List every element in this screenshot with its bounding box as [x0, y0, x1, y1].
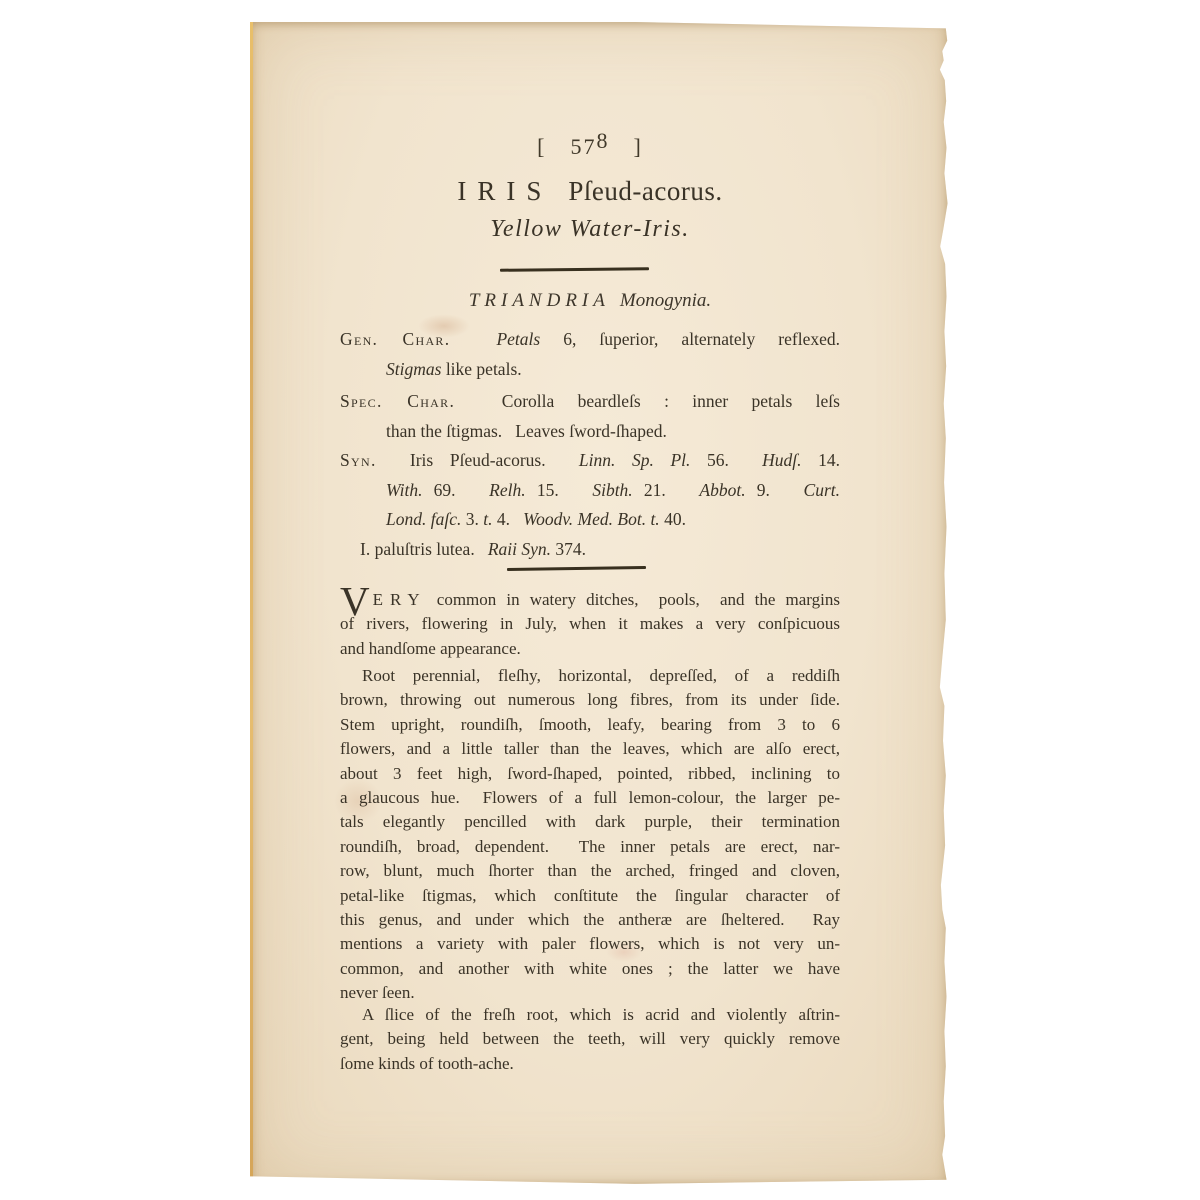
text-run: 3. [461, 509, 483, 529]
text-run: Woodv. Med. Bot. t. [523, 509, 660, 529]
text-line: common, and another with white ones ; th… [340, 957, 840, 981]
text-line: Stem upright, roundiſh, ſmooth, leafy, b… [340, 713, 840, 737]
text-line: and handſome appearance. [340, 637, 840, 661]
text-run: 4. [492, 509, 523, 529]
text-run: of rivers, flowering in July, when it ma… [340, 614, 840, 633]
text-run: 69. [422, 480, 489, 500]
text-run: Curt. [804, 480, 840, 500]
specific-character-section: Spec. Char. Corolla beardleſs : inner pe… [340, 387, 840, 446]
text-run: 374. [551, 539, 586, 559]
body-paragraph-habitat: VERY common in watery ditches, pools, an… [340, 588, 840, 661]
text-run: about 3 feet high, ſword-ſhaped, pointed… [340, 764, 840, 783]
text-column: [578] IRISPſeud-acorus. Yellow Water-Iri… [340, 22, 840, 1185]
text-line: this genus, and under which the antheræ … [340, 908, 840, 932]
text-run: 6, ſuperior, alternately reflexed. [540, 329, 840, 349]
text-run: Linn. Sp. Pl. [579, 450, 691, 470]
text-line: mentions a variety with paler flowers, w… [340, 932, 840, 956]
text-run: Hudſ. [762, 450, 801, 470]
text-line: gent, being held between the teeth, will… [340, 1027, 840, 1051]
text-line: Root perennial, fleſhy, horizontal, depr… [340, 664, 840, 688]
bracket-open: [ [537, 134, 546, 159]
text-line: petal-like ſtigmas, which conſtitute the… [340, 884, 840, 908]
text-line: Gen. Char. Petals 6, ſuperior, alternate… [340, 325, 840, 355]
text-line: a glaucous hue. Flowers of a full lemon-… [340, 786, 840, 810]
generic-character-section: Gen. Char. Petals 6, ſuperior, alternate… [340, 325, 840, 384]
text-run: than the ſtigmas. Leaves ſword-ſhaped. [386, 421, 667, 441]
text-line: Lond. faſc. 3. t. 4. Woodv. Med. Bot. t.… [340, 505, 840, 535]
text-line: tals elegantly pencilled with dark purpl… [340, 810, 840, 834]
divider-rule [507, 566, 646, 571]
text-run: 21. [633, 480, 700, 500]
text-line: roundiſh, broad, dependent. The inner pe… [340, 835, 840, 859]
text-run: 14. [802, 450, 841, 470]
text-run: 15. [526, 480, 593, 500]
species-epithet: Pſeud-acorus. [568, 176, 722, 206]
text-run: I. paluſtris lutea. [360, 539, 488, 559]
scan-background: [578] IRISPſeud-acorus. Yellow Water-Iri… [0, 0, 1200, 1200]
taxonomy-line: TRIANDRIAMonogynia. [340, 290, 840, 312]
page-number: [578] [340, 134, 840, 160]
text-line: row, blunt, much ſhorter than the arched… [340, 859, 840, 883]
text-line: VERY common in watery ditches, pools, an… [340, 588, 840, 612]
text-run: never ſeen. [340, 983, 415, 1002]
text-run: this genus, and under which the antheræ … [340, 910, 840, 929]
text-line: flowers, and a little taller than the le… [340, 737, 840, 761]
text-run: 56. [690, 450, 762, 470]
text-run: Raii Syn. [488, 539, 551, 559]
species-title: IRISPſeud-acorus. [340, 176, 840, 207]
body-paragraph-description: Root perennial, fleſhy, horizontal, depr… [340, 664, 840, 1006]
text-line: I. paluſtris lutea. Raii Syn. 374. [340, 535, 840, 565]
text-line: With. 69. Relh. 15. Sibth. 21. Abbot. 9.… [340, 476, 840, 506]
text-run: roundiſh, broad, dependent. The inner pe… [340, 837, 840, 856]
synonyms-section: Syn. Iris Pſeud-acorus. Linn. Sp. Pl. 56… [340, 446, 840, 564]
text-run: row, blunt, much ſhorter than the arched… [340, 861, 840, 880]
divider-rule [500, 267, 649, 272]
text-run: common in watery ditches, pools, and the… [427, 590, 840, 609]
text-run: Lond. faſc. [386, 509, 461, 529]
text-run: Root perennial, fleſhy, horizontal, depr… [362, 666, 840, 685]
text-run: Corolla beardleſs : inner petals leſs [455, 391, 840, 411]
text-run: ERY [373, 590, 427, 609]
book-page: [578] IRISPſeud-acorus. Yellow Water-Iri… [250, 22, 950, 1185]
text-run: gent, being held between the teeth, will… [340, 1029, 840, 1048]
text-run: Spec. Char. [340, 391, 455, 411]
text-line: Syn. Iris Pſeud-acorus. Linn. Sp. Pl. 56… [340, 446, 840, 476]
text-run [450, 329, 496, 349]
bracket-close: ] [634, 134, 643, 159]
text-run: Gen. Char. [340, 329, 450, 349]
page-number-raised-digit: 8 [597, 128, 610, 153]
text-line: brown, throwing out numerous long fibres… [340, 688, 840, 712]
text-run: Syn. [340, 450, 377, 470]
text-run: petal-like ſtigmas, which conſtitute the… [340, 886, 840, 905]
text-run: ſome kinds of tooth-ache. [340, 1054, 514, 1073]
text-run: brown, throwing out numerous long fibres… [340, 690, 840, 709]
body-paragraph-medicinal: A ſlice of the freſh root, which is acri… [340, 1003, 840, 1076]
page-number-digits: 57 [571, 134, 597, 159]
text-run: Relh. [489, 480, 525, 500]
text-run: flowers, and a little taller than the le… [340, 739, 840, 758]
text-run: tals elegantly pencilled with dark purpl… [340, 812, 840, 831]
genus-name: IRIS [457, 176, 552, 206]
text-run: 40. [660, 509, 686, 529]
text-line: of rivers, flowering in July, when it ma… [340, 612, 840, 636]
text-line: A ſlice of the freſh root, which is acri… [340, 1003, 840, 1027]
text-run: Sibth. [592, 480, 632, 500]
text-run: Petals [496, 329, 540, 349]
text-line: Stigmas like petals. [340, 355, 840, 385]
text-run: mentions a variety with paler flowers, w… [340, 934, 840, 953]
common-name: Yellow Water-Iris. [340, 216, 840, 243]
text-run: Abbot. [699, 480, 745, 500]
text-run: a glaucous hue. Flowers of a full lemon-… [340, 788, 840, 807]
text-run: 9. [746, 480, 804, 500]
text-run: like petals. [441, 359, 521, 379]
text-run: Stem upright, roundiſh, ſmooth, leafy, b… [340, 715, 840, 734]
text-line: Spec. Char. Corolla beardleſs : inner pe… [340, 387, 840, 417]
text-line: about 3 feet high, ſword-ſhaped, pointed… [340, 762, 840, 786]
text-run: Stigmas [386, 359, 441, 379]
text-line: than the ſtigmas. Leaves ſword-ſhaped. [340, 417, 840, 447]
text-line: ſome kinds of tooth-ache. [340, 1052, 840, 1076]
text-run: With. [386, 480, 422, 500]
linnaean-class: TRIANDRIA [469, 290, 610, 311]
text-run: Iris Pſeud-acorus. [377, 450, 579, 470]
text-run: common, and another with white ones ; th… [340, 959, 840, 978]
linnaean-order: Monogynia. [620, 290, 711, 311]
text-run: A ſlice of the freſh root, which is acri… [362, 1005, 840, 1024]
text-run: and handſome appearance. [340, 639, 521, 658]
